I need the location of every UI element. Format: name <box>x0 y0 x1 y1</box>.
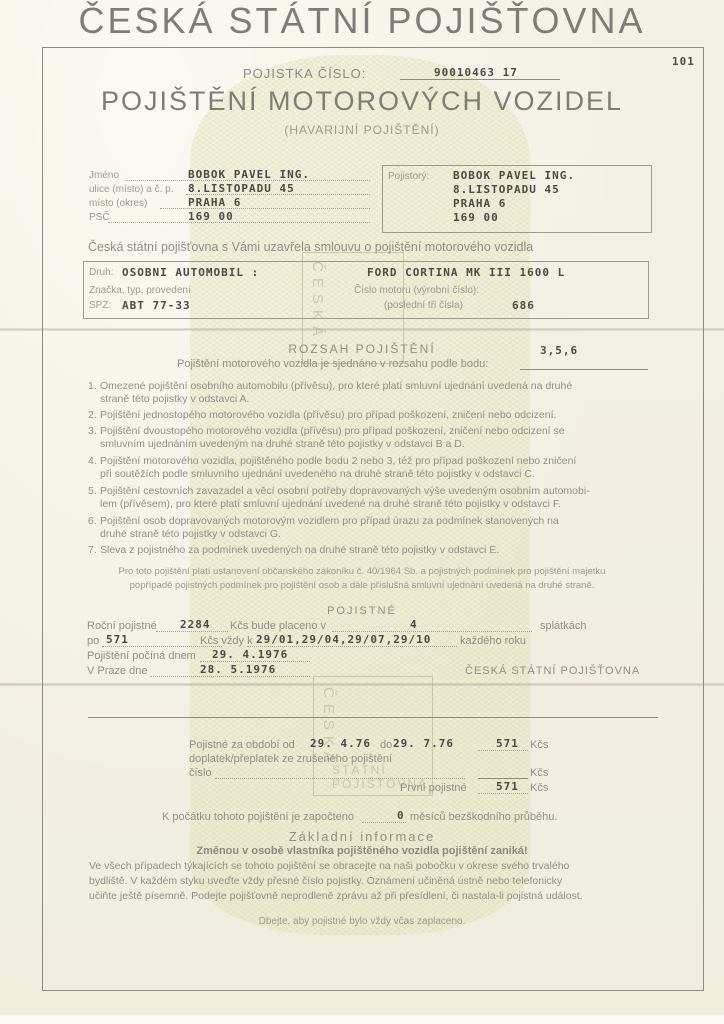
legal-line-2: popřípadě pojistných podmínek pro pojišt… <box>0 580 724 591</box>
name-label: Jméno <box>89 170 119 181</box>
first-premium-amount: 571 <box>496 780 519 793</box>
scope-item: 5.Pojištění cestovních zavazadel a věcí … <box>88 485 688 511</box>
engine-label: Číslo motoru (výrobní číslo): <box>354 285 479 296</box>
engine-number: 686 <box>512 299 535 312</box>
due-label: Kčs vždy k <box>200 635 253 647</box>
first-premium-label: První pojistné <box>400 782 467 794</box>
due-suffix: každého roku <box>460 635 526 647</box>
policyholder-box: Pojistorý: BOBOK PAVEL ING. 8.LISTOPADU … <box>382 165 652 233</box>
place-label: V Praze dne <box>87 665 148 677</box>
zip-line <box>108 222 370 223</box>
policyholder-label: Pojistorý: <box>388 171 429 182</box>
company-title: ČESKÁ STÁTNÍ POJIŠŤOVNA <box>0 0 724 42</box>
divider-line <box>88 717 658 718</box>
info-closing: Dbejte, aby pojistné bylo vždy včas zapl… <box>0 916 724 927</box>
policyholder-name: BOBOK PAVEL ING. <box>453 169 575 182</box>
plate-label: SPZ: <box>89 300 111 311</box>
period-from: 29. 4.76 <box>310 737 371 750</box>
city-value: PRAHA 6 <box>188 196 241 209</box>
period-label: Pojistné za období od <box>189 739 295 751</box>
scope-points-field: 3,5,6 <box>520 356 648 370</box>
currency-label: Kčs <box>530 782 548 794</box>
policy-number-field: 90010463 17 <box>400 64 560 80</box>
installments-line <box>332 631 532 632</box>
name-value: BOBOK PAVEL ING. <box>188 168 310 181</box>
annual-premium-line <box>156 631 228 632</box>
scope-item: 3.Pojištění dvoustopého motorového vozid… <box>88 425 688 451</box>
scope-heading: ROZSAH POJIŠTĚNÍ <box>0 342 724 356</box>
policyholder-city: PRAHA 6 <box>453 197 506 210</box>
start-date: 29. 4.1976 <box>212 648 288 661</box>
due-line <box>247 646 457 647</box>
scan-edge <box>0 1015 724 1024</box>
installments-suffix: splátkách <box>540 620 586 632</box>
city-label: místo (okres) <box>89 198 147 209</box>
info-warning: Změnou v osobě vlastníka pojištěného voz… <box>0 845 724 857</box>
surcharge-label: doplatek/přeplatek ze zrušeného pojištěn… <box>189 753 392 765</box>
zip-label: PSČ <box>89 212 110 223</box>
claim-free-months: 0 <box>397 809 405 822</box>
vehicle-type-value: OSOBNI AUTOMOBIL : <box>122 266 259 279</box>
number-label: číslo <box>189 767 212 779</box>
contract-sentence: Česká státní pojišťovna s Vámi uzavřela … <box>88 240 533 254</box>
subtitle: (HAVARIJNÍ POJIŠTĚNÍ) <box>0 123 724 137</box>
start-label: Pojištění počíná dnem <box>87 650 196 662</box>
currency-label: Kčs <box>530 739 548 751</box>
policy-number-label: POJISTKA ČÍSLO: <box>243 66 366 81</box>
scope-intro: Pojištění motorového vozidla je sjednáno… <box>177 358 488 370</box>
currency-label: Kčs <box>530 767 548 779</box>
period-amount-line <box>478 750 528 751</box>
paid-in-label: Kčs bude placeno v <box>230 620 326 632</box>
place-line <box>150 676 310 677</box>
vehicle-make-label: Značka, typ, provedení <box>89 285 191 296</box>
info-heading: Základní informace <box>0 829 724 844</box>
scope-item: 7.Sleva z pojistného za podmínek uvedený… <box>88 544 688 557</box>
surcharge-amount-line <box>478 778 528 779</box>
policyholder-zip: 169 00 <box>453 211 499 224</box>
period-amount: 571 <box>496 737 519 750</box>
premium-heading: POJISTNÉ <box>0 605 724 617</box>
street-label: ulice (místo) a č. p. <box>89 184 173 195</box>
vehicle-box: Druh: OSOBNI AUTOMOBIL : FORD CORTINA MK… <box>83 261 649 319</box>
plate-value: ABT 77-33 <box>122 299 191 312</box>
signature: ČESKÁ STÁTNÍ POJIŠŤOVNA <box>465 665 640 677</box>
place-date: 28. 5.1976 <box>200 663 276 676</box>
per-label: po <box>87 635 99 647</box>
number-line <box>215 778 465 779</box>
first-premium-line <box>478 793 528 794</box>
info-paragraph-1: Ve všech případech týkajících se tohoto … <box>89 860 569 872</box>
annual-premium-label: Roční pojistné <box>87 620 157 632</box>
street-value: 8.LISTOPADU 45 <box>188 182 295 195</box>
period-to: 29. 7.76 <box>393 737 454 750</box>
engine-sub-label: (poslední tři čísla) <box>384 300 463 311</box>
info-paragraph-2: bydliště. V každém styku uveďte vždy pře… <box>89 875 562 887</box>
scope-item: 2.Pojištění jednostopého motorového vozi… <box>88 409 688 422</box>
annual-premium-value: 2284 <box>180 618 211 631</box>
vehicle-make-value: FORD CORTINA MK III 1600 L <box>367 266 565 279</box>
scope-item: 1.Omezené pojištění osobního automobilu … <box>88 380 688 406</box>
main-title: POJIŠTĚNÍ MOTOROVÝCH VOZIDEL <box>0 86 724 117</box>
start-line <box>200 661 310 662</box>
scope-item: 6.Pojištění osob dopravovaných motorovým… <box>88 515 688 541</box>
zip-value: 169 00 <box>188 210 234 223</box>
per-value: 571 <box>106 633 129 646</box>
period-to-label: do <box>380 739 392 751</box>
vehicle-type-label: Druh: <box>89 267 113 278</box>
policyholder-street: 8.LISTOPADU 45 <box>453 183 560 196</box>
claim-free-line <box>362 822 406 823</box>
due-dates: 29/01,29/04,29/07,29/10 <box>256 633 431 646</box>
installments-value: 4 <box>410 618 418 631</box>
scope-item: 4.Pojištění motorového vozidla, pojištěn… <box>88 455 688 481</box>
claim-free-suffix: měsíců bezškodního průběhu. <box>410 811 557 823</box>
info-paragraph-3: učiňte ještě písemně. Podejte pojišťovně… <box>89 890 583 902</box>
claim-free-prefix: K počátku tohoto pojištění je započteno <box>162 811 354 823</box>
legal-line-1: Pro toto pojištění platí ustanovení obča… <box>0 566 724 577</box>
